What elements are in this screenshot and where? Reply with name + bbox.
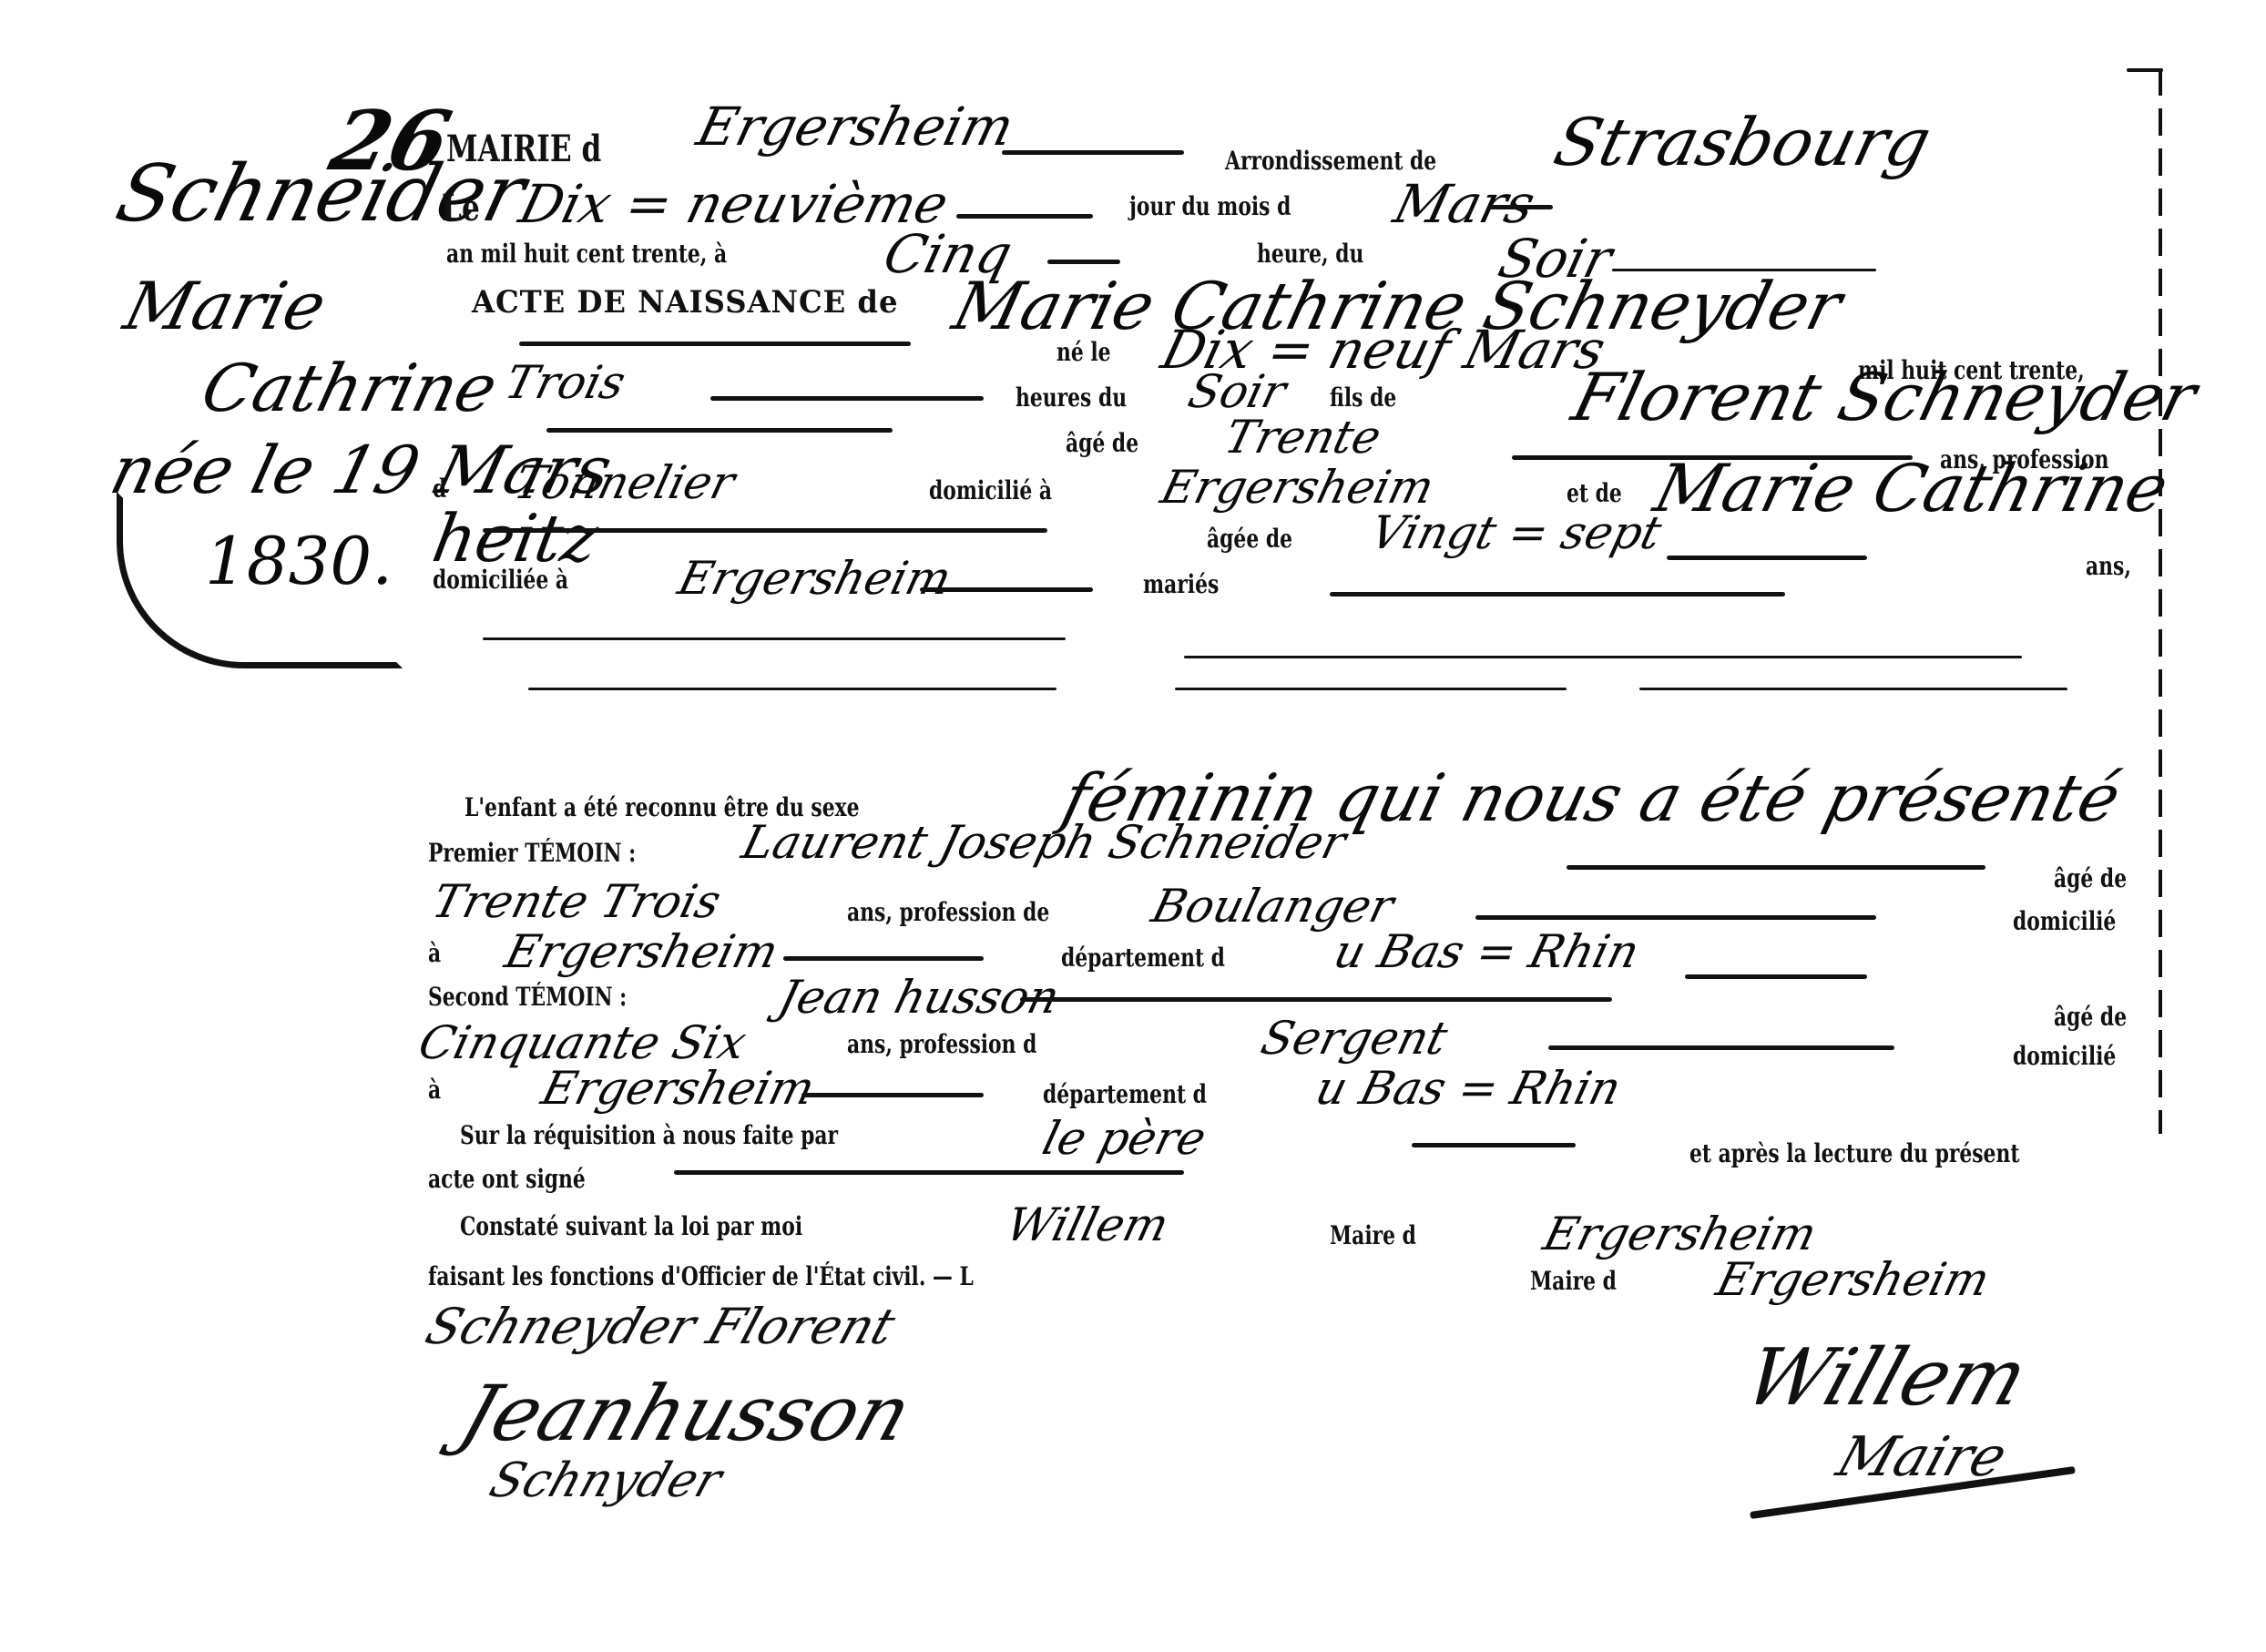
label-age-de-w2: âgé de [2054, 1002, 2127, 1032]
label-a-w1: à [428, 938, 441, 968]
signature-father: Schneyder Florent [420, 1302, 901, 1351]
label-domicilie-w1: domicilié [2013, 906, 2116, 936]
label-domiciliee-a: domiciliée à [433, 565, 568, 595]
label-ans-prof-w1: ans, profession de [847, 897, 1049, 927]
margin-given-name-2: Cathrine [196, 355, 504, 421]
line-requisition [1412, 1143, 1576, 1147]
value-mother-surname: heitz [428, 505, 603, 571]
label-domicilie-a: domicilié à [929, 475, 1052, 505]
label-apres-lecture: et après la lecture du présent [1689, 1138, 2019, 1168]
line-mother-surname [483, 528, 1047, 533]
label-requisition: Sur la réquisition à nous faite par [460, 1120, 838, 1150]
value-father-profession: Tonnelier [510, 460, 740, 505]
label-faisant: faisant les fonctions d'Officier de l'Ét… [428, 1261, 974, 1291]
line-mairie [1002, 150, 1184, 155]
value-witness1-domicile: Ergersheim [501, 929, 782, 974]
value-mois: Mars [1389, 178, 1540, 230]
value-mother-domicile: Ergersheim [674, 556, 955, 601]
margin-given-name-1: Marie [118, 273, 332, 339]
label-heure-du: heure, du [1257, 239, 1363, 269]
label-agee-de: âgée de [1207, 524, 1292, 554]
line-mother-age [1667, 556, 1867, 560]
label-premier-temoin: Premier TÉMOIN : [428, 838, 636, 868]
label-mairie: MAIRIE d [446, 127, 601, 170]
blank-line-4 [1175, 688, 1567, 690]
label-age-de-father: âgé de [1066, 428, 1138, 458]
label-an-mil: an mil huit cent trente, à [446, 239, 727, 269]
label-et-de: et de [1567, 478, 1622, 508]
value-witness2-profession: Sergent [1257, 1015, 1452, 1061]
signature-mayor: Willem [1736, 1339, 2036, 1417]
label-domicilie-w2: domicilié [2013, 1041, 2116, 1071]
signature-witness2: Jeanhusson [452, 1375, 920, 1452]
margin-bracket [117, 492, 403, 668]
line-witness1-profession [1475, 915, 1876, 920]
blank-line-2 [1184, 656, 2022, 658]
birth-certificate-page: 26 Schneider Marie Cathrine née le 19 Ma… [0, 0, 2266, 1652]
value-father: Florent Schneyder [1567, 364, 2202, 430]
line-acte-signe [674, 1170, 1184, 1175]
value-witness2-age: Cinquante Six [414, 1020, 750, 1066]
label-maire-d-2: Maire d [1530, 1266, 1617, 1296]
line-father-1 [546, 428, 893, 433]
line-maries [1330, 592, 1785, 597]
value-witness1-profession: Boulanger [1148, 883, 1398, 929]
line-jour [956, 214, 1093, 219]
label-ans-prof-w2: ans, profession d [847, 1029, 1036, 1059]
label-second-temoin: Second TÉMOIN : [428, 982, 627, 1012]
label-heures-du: heures du [1016, 382, 1127, 413]
line-witness2-domicile [801, 1093, 984, 1097]
value-a-heure: Trois [501, 360, 629, 405]
line-mother-domicile [920, 587, 1093, 592]
value-mother-age: Vingt = sept [1366, 510, 1666, 556]
label-ne-le: né le [1056, 337, 1111, 367]
label-a-w2: à [428, 1075, 441, 1105]
value-mairie: Ergersheim [692, 100, 1019, 153]
value-maire-of-2: Ergersheim [1712, 1257, 1994, 1302]
value-arrondissement: Strasbourg [1548, 109, 1937, 175]
label-constate: Constaté suivant la loi par moi [460, 1211, 802, 1241]
line-witness1-name [1567, 865, 1985, 870]
label-acte-de-naissance: ACTE DE NAISSANCE de [472, 284, 898, 321]
value-father-domicile: Ergersheim [1157, 464, 1438, 510]
line-witness2-name [1020, 997, 1612, 1002]
line-witness1-dept [1685, 974, 1867, 979]
blank-line-1 [483, 637, 1066, 640]
value-witness1-dept: u Bas = Rhin [1330, 929, 1643, 974]
page-edge-right [2159, 68, 2162, 1134]
value-witness2-domicile: Ergersheim [537, 1066, 819, 1111]
line-witness1-domicile [783, 956, 984, 961]
blank-line-3 [528, 688, 1056, 690]
value-witness2-dept: u Bas = Rhin [1312, 1066, 1625, 1111]
signature-witness1: Schnyder [485, 1457, 728, 1504]
label-maries: mariés [1143, 569, 1219, 599]
line-acte [519, 342, 911, 346]
line-heure [1047, 260, 1120, 264]
label-acte-signe: acte ont signé [428, 1164, 586, 1194]
line-a-heure [710, 396, 984, 401]
blank-line-5 [1639, 688, 2067, 690]
line-witness2-profession [1548, 1045, 1894, 1050]
label-ans: ans, [2086, 551, 2131, 581]
signature-mayor-title: Maire [1831, 1430, 2013, 1484]
value-witness1-name: Laurent Joseph Schneider [738, 820, 1351, 865]
label-age-de-w1: âgé de [2054, 863, 2127, 893]
value-witness1-age: Trente Trois [428, 879, 725, 924]
label-jour-du-mois: jour du mois d [1129, 191, 1291, 221]
label-dept-w1: département d [1061, 943, 1225, 973]
label-le: Le [442, 187, 480, 229]
label-arrondissement: Arrondissement de [1225, 146, 1436, 176]
value-heures-du: Soir [1184, 369, 1291, 414]
value-maire-of: Ergersheim [1539, 1211, 1821, 1257]
page-corner-mark [2127, 68, 2163, 72]
value-jour: Dix = neuvième [515, 178, 954, 230]
label-dept-w2: département d [1043, 1079, 1207, 1109]
label-fils-de: fils de [1330, 382, 1396, 413]
value-mother: Marie Cathrine [1648, 455, 2174, 521]
value-constate-by: Willem [1002, 1202, 1173, 1248]
value-requisition-by: le père [1038, 1116, 1210, 1161]
label-maire-d: Maire d [1330, 1220, 1416, 1250]
value-father-age: Trente [1220, 414, 1385, 460]
line-mois [1489, 205, 1553, 209]
